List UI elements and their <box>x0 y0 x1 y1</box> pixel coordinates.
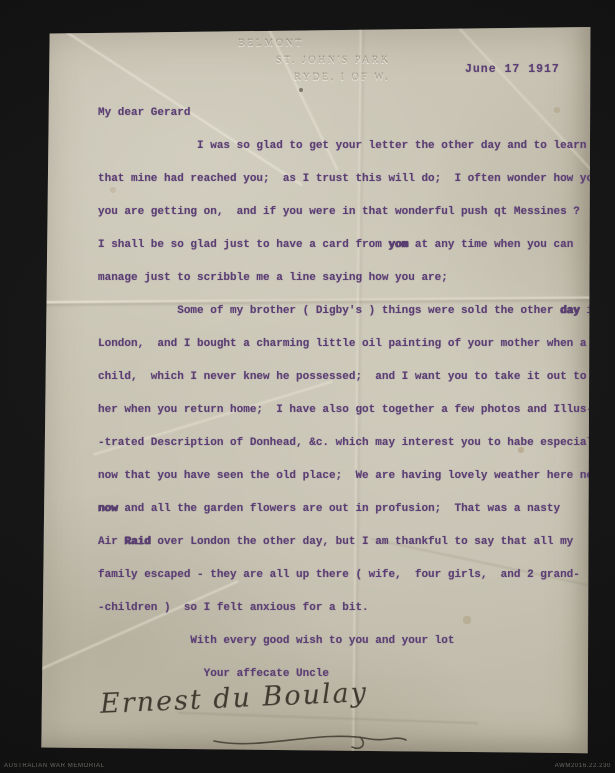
letter-line: London, and I bought a charming little o… <box>98 328 591 361</box>
letter-page: BELMONT ST. JOHN'S PARK RYDE, I OF W. Ju… <box>38 27 591 754</box>
letter-line: -trated Description of Donhead, &c. whic… <box>98 427 591 460</box>
letter-line: manage just to scribble me a line saying… <box>98 262 591 295</box>
letter-body: My dear Gerard I was so glad to get your… <box>98 97 591 691</box>
archive-label: AUSTRALIAN WAR MEMORIAL <box>4 763 105 769</box>
letter-date: June 17 1917 <box>465 63 560 76</box>
letter-line: family escaped - they are all up there (… <box>98 559 591 592</box>
letter-line: child, which I never knew he possessed; … <box>98 361 591 394</box>
letter-line: that mine had reached you; as I trust th… <box>98 163 591 196</box>
letter-line: -children ) so I felt anxious for a bit. <box>98 592 591 625</box>
letter-line: My dear Gerard <box>98 97 591 130</box>
signature-flourish <box>210 727 420 754</box>
letter-line: With every good wish to you and your lot <box>98 625 591 658</box>
letterhead-line: ST. JOHN'S PARK <box>276 52 391 69</box>
letter-line: Air Raid over London the other day, but … <box>98 526 591 559</box>
letter-line: now and all the garden flowers are out i… <box>98 493 591 526</box>
archive-id: AWM2016.22.230 <box>555 763 611 769</box>
letter-line: her when you return home; I have also go… <box>98 394 591 427</box>
letter-line: I shall be so glad just to have a card f… <box>98 229 591 262</box>
letter-line: Some of my brother ( Digby's ) things we… <box>98 295 591 328</box>
embossed-letterhead: BELMONT ST. JOHN'S PARK RYDE, I OF W. <box>238 35 391 86</box>
letter-line: I was so glad to get your letter the oth… <box>98 130 591 163</box>
letter-line: now that you have seen the old place; We… <box>98 460 591 493</box>
scan-background: BELMONT ST. JOHN'S PARK RYDE, I OF W. Ju… <box>0 0 615 773</box>
letterhead-line: BELMONT <box>238 35 391 52</box>
foxing-spots <box>38 27 40 29</box>
letterhead-line: RYDE, I OF W. <box>294 69 391 86</box>
letter-line: you are getting on, and if you were in t… <box>98 196 591 229</box>
